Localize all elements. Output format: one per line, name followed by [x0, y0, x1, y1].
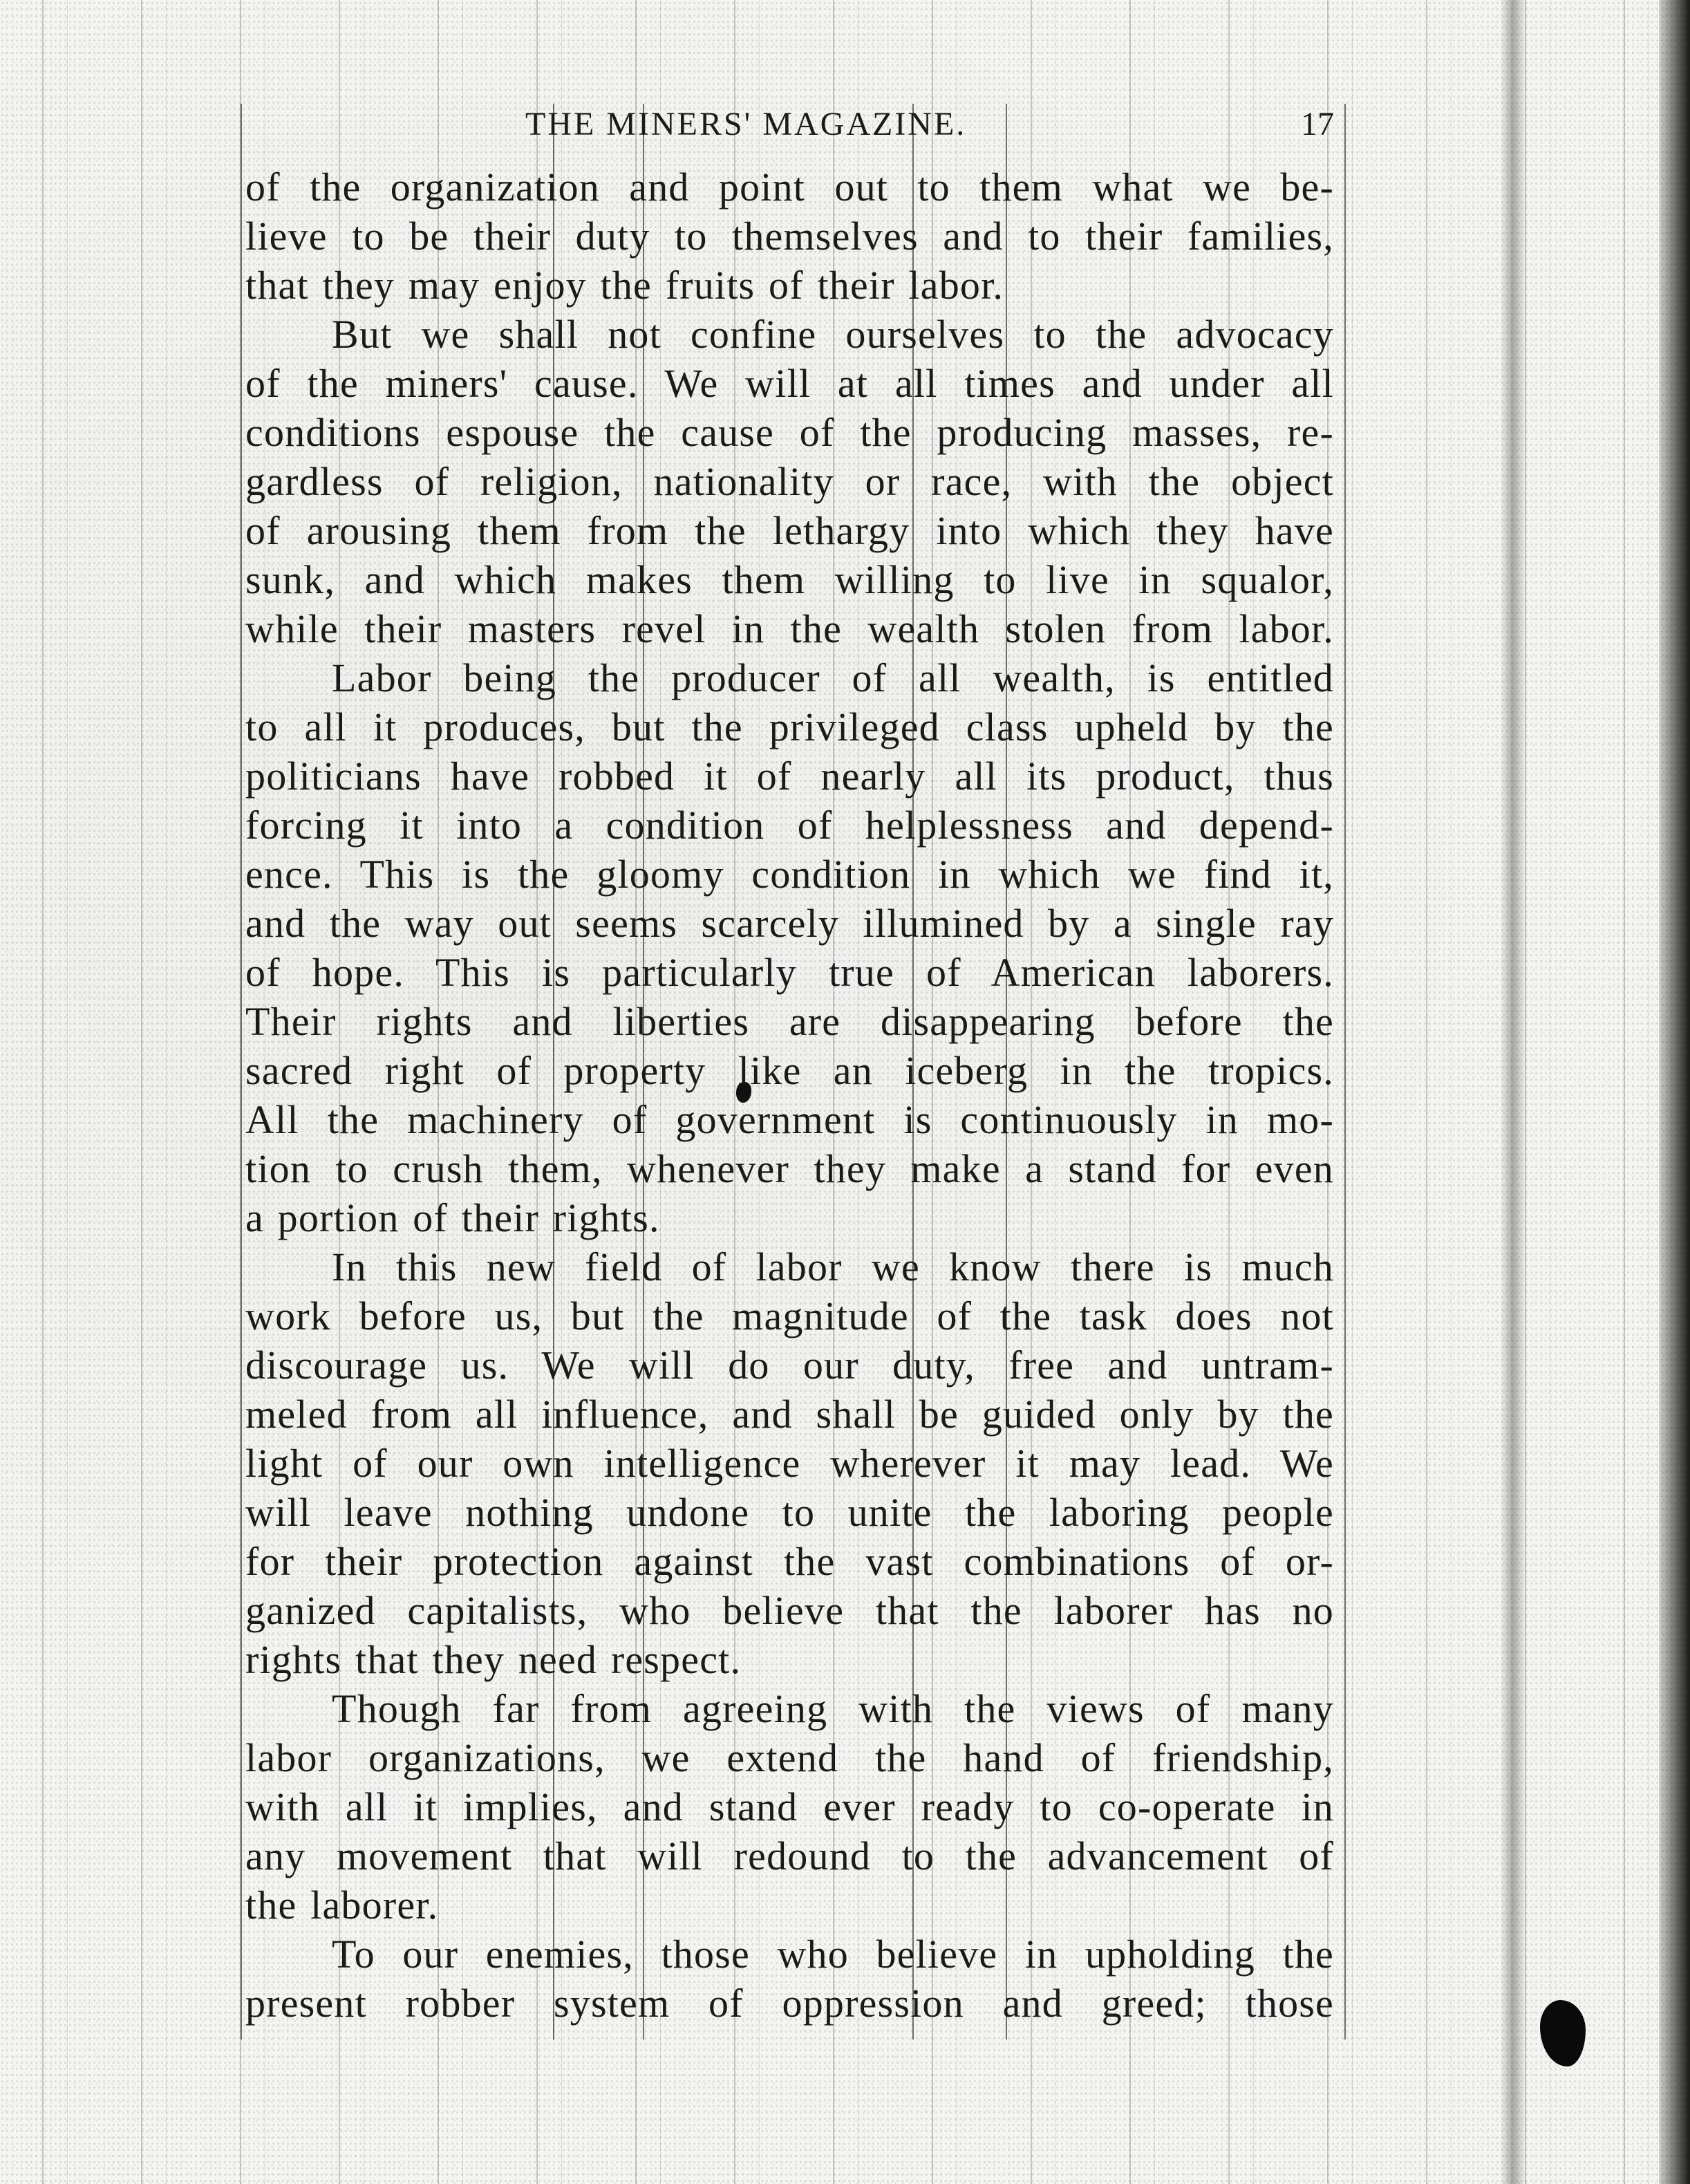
text-line: gardless of religion, nationality or rac… — [245, 457, 1334, 506]
paragraph: Though far from agreeing with the views … — [245, 1684, 1334, 1930]
text-line: meled from all influence, and shall be g… — [245, 1390, 1334, 1439]
paragraph: But we shall not confine ourselves to th… — [245, 310, 1334, 653]
publication-title: THE MINERS' MAGAZINE. — [525, 104, 966, 145]
binding-shadow — [1500, 0, 1526, 2184]
text-line: ence. This is the gloomy condition in wh… — [245, 850, 1334, 899]
scan-line — [241, 104, 242, 2040]
text-line: light of our own intelligence wherever i… — [245, 1439, 1334, 1488]
text-line: Labor being the producer of all wealth, … — [245, 653, 1334, 702]
text-line: forcing it into a condition of helplessn… — [245, 801, 1334, 850]
page-edge-shadow — [1659, 0, 1690, 2184]
text-line: with all it implies, and stand ever read… — [245, 1782, 1334, 1831]
text-line: will leave nothing undone to unite the l… — [245, 1488, 1334, 1537]
text-line: To our enemies, those who believe in uph… — [245, 1930, 1334, 1979]
text-line: of hope. This is particularly true of Am… — [245, 948, 1334, 997]
text-line: work before us, but the magnitude of the… — [245, 1291, 1334, 1341]
text-line: sacred right of property like an iceberg… — [245, 1046, 1334, 1095]
text-line: ganized capitalists, who believe that th… — [245, 1586, 1334, 1635]
text-line: politicians have robbed it of nearly all… — [245, 752, 1334, 801]
scan-line — [1344, 104, 1346, 2040]
article-body: of the organization and point out to the… — [245, 162, 1334, 2028]
text-line: rights that they need respect. — [245, 1635, 1334, 1684]
text-line: discourage us. We will do our duty, free… — [245, 1341, 1334, 1390]
running-head: THE MINERS' MAGAZINE. 17 — [245, 104, 1334, 145]
text-line: a portion of their rights. — [245, 1193, 1334, 1242]
text-line: of the miners' cause. We will at all tim… — [245, 359, 1334, 408]
text-line: tion to crush them, whenever they make a… — [245, 1144, 1334, 1193]
text-line: All the machinery of government is conti… — [245, 1095, 1334, 1144]
page-number: 17 — [1301, 104, 1334, 145]
text-line: of arousing them from the lethargy into … — [245, 506, 1334, 555]
paragraph: Labor being the producer of all wealth, … — [245, 653, 1334, 1242]
ink-blot — [1540, 2000, 1586, 2066]
text-line: lieve to be their duty to themselves and… — [245, 212, 1334, 261]
text-line: sunk, and which makes them willing to li… — [245, 555, 1334, 604]
text-line: the laborer. — [245, 1880, 1334, 1930]
text-line: any movement that will redound to the ad… — [245, 1831, 1334, 1880]
text-line: while their masters revel in the wealth … — [245, 604, 1334, 653]
paragraph: of the organization and point out to the… — [245, 162, 1334, 310]
text-line: Their rights and liberties are disappear… — [245, 997, 1334, 1046]
text-line: that they may enjoy the fruits of their … — [245, 261, 1334, 310]
text-line: But we shall not confine ourselves to th… — [245, 310, 1334, 359]
text-line: Though far from agreeing with the views … — [245, 1684, 1334, 1733]
paragraph: In this new field of labor we know there… — [245, 1242, 1334, 1684]
text-line: labor organizations, we extend the hand … — [245, 1733, 1334, 1782]
text-line: for their protection against the vast co… — [245, 1537, 1334, 1586]
text-line: and the way out seems scarcely illumined… — [245, 899, 1334, 948]
text-line: In this new field of labor we know there… — [245, 1242, 1334, 1291]
text-line: present robber system of oppression and … — [245, 1979, 1334, 2028]
paragraph: To our enemies, those who believe in uph… — [245, 1930, 1334, 2028]
text-line: of the organization and point out to the… — [245, 162, 1334, 212]
text-line: conditions espouse the cause of the prod… — [245, 408, 1334, 457]
text-line: to all it produces, but the privileged c… — [245, 702, 1334, 752]
